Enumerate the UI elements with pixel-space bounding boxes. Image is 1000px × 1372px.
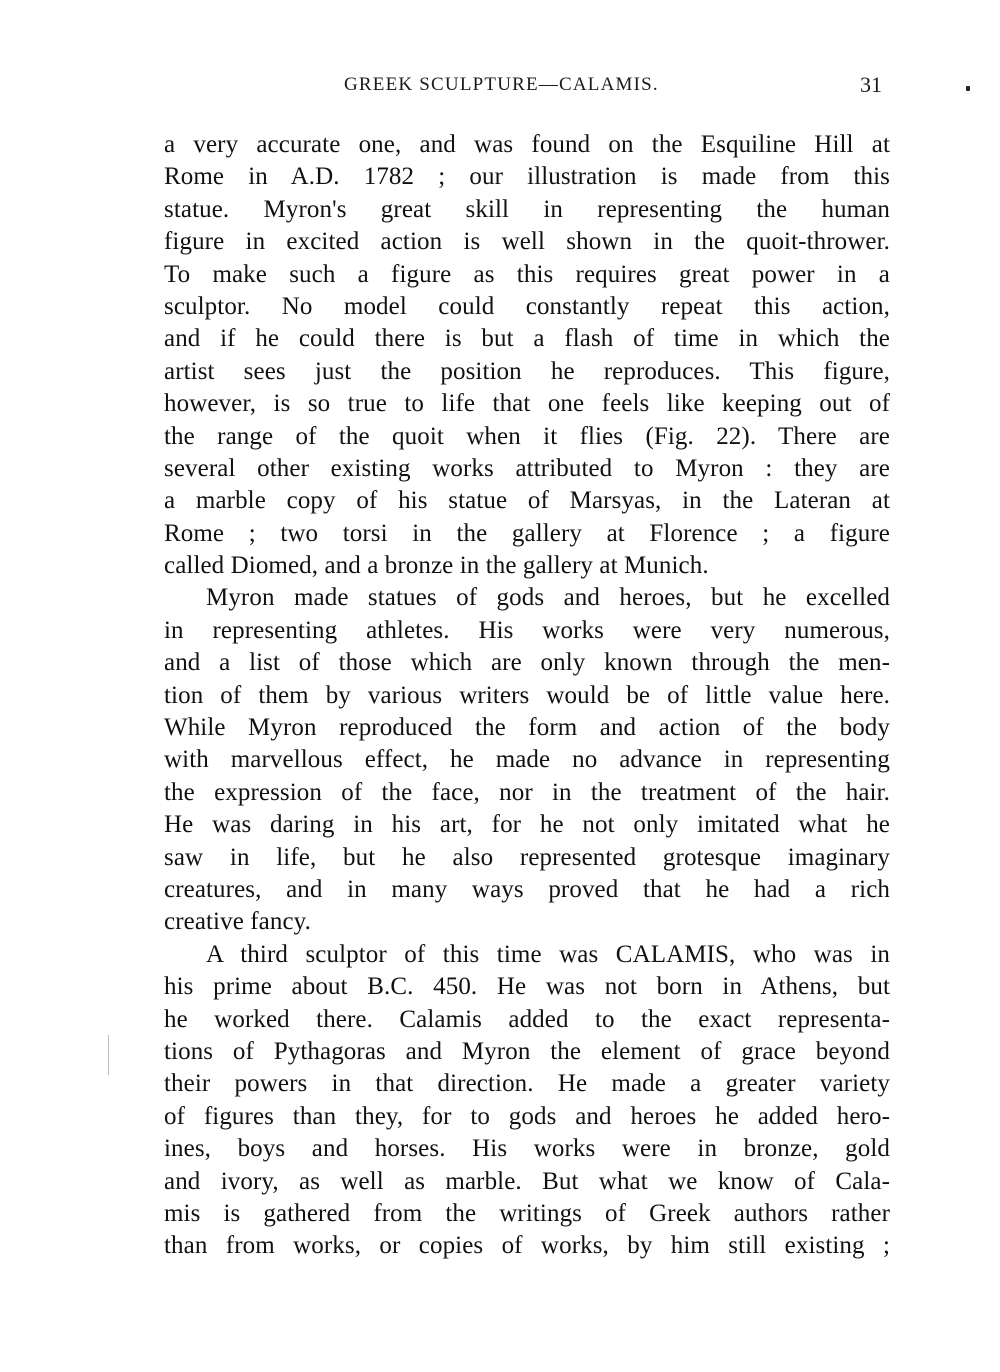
text-line: Rome ; two torsi in the gallery at Flore… bbox=[164, 518, 890, 550]
text-line: saw in life, but he also represented gro… bbox=[164, 842, 890, 874]
text-line: he worked there. Calamis added to the ex… bbox=[164, 1004, 890, 1036]
text-line: and a list of those which are only known… bbox=[164, 647, 890, 679]
text-line: in representing athletes. His works were… bbox=[164, 615, 890, 647]
text-line: a very accurate one, and was found on th… bbox=[164, 129, 890, 161]
body-text: a very accurate one, and was found on th… bbox=[164, 129, 890, 1263]
text-line: artist sees just the position he reprodu… bbox=[164, 356, 890, 388]
text-line: To make such a figure as this requires g… bbox=[164, 259, 890, 291]
text-line: creatures, and in many ways proved that … bbox=[164, 874, 890, 906]
text-line: tions of Pythagoras and Myron the elemen… bbox=[164, 1036, 890, 1068]
running-head: GREEK SCULPTURE—CALAMIS. bbox=[344, 74, 659, 96]
page-number: 31 bbox=[860, 72, 882, 98]
text-line: He was daring in his art, for he not onl… bbox=[164, 809, 890, 841]
text-line: creative fancy. bbox=[164, 906, 890, 938]
text-line: sculptor. No model could constantly repe… bbox=[164, 291, 890, 323]
text-line: the range of the quoit when it flies (Fi… bbox=[164, 421, 890, 453]
text-line: statue. Myron's great skill in represent… bbox=[164, 194, 890, 226]
margin-speck bbox=[966, 86, 970, 91]
text-line: tion of them by various writers would be… bbox=[164, 680, 890, 712]
text-line: however, is so true to life that one fee… bbox=[164, 388, 890, 420]
text-line: and if he could there is but a flash of … bbox=[164, 323, 890, 355]
text-line: and ivory, as well as marble. But what w… bbox=[164, 1166, 890, 1198]
text-line: their powers in that direction. He made … bbox=[164, 1068, 890, 1100]
text-line: Rome in A.D. 1782 ; our illustration is … bbox=[164, 161, 890, 193]
scan-artifact-line bbox=[108, 1035, 109, 1075]
text-line: ines, boys and horses. His works were in… bbox=[164, 1133, 890, 1165]
text-line: the expression of the face, nor in the t… bbox=[164, 777, 890, 809]
text-line: called Diomed, and a bronze in the galle… bbox=[164, 550, 890, 582]
text-line: his prime about B.C. 450. He was not bor… bbox=[164, 971, 890, 1003]
text-line: While Myron reproduced the form and acti… bbox=[164, 712, 890, 744]
text-line: Myron made statues of gods and heroes, b… bbox=[164, 582, 890, 614]
text-line: several other existing works attributed … bbox=[164, 453, 890, 485]
text-line: than from works, or copies of works, by … bbox=[164, 1230, 890, 1262]
paragraph-3: A third sculptor of this time was CALAMI… bbox=[164, 939, 890, 1263]
text-line: with marvellous effect, he made no advan… bbox=[164, 744, 890, 776]
paragraph-2: Myron made statues of gods and heroes, b… bbox=[164, 582, 890, 938]
text-line: A third sculptor of this time was CALAMI… bbox=[164, 939, 890, 971]
book-page: GREEK SCULPTURE—CALAMIS. 31 a very accur… bbox=[0, 0, 1000, 1372]
text-line: mis is gathered from the writings of Gre… bbox=[164, 1198, 890, 1230]
text-line: figure in excited action is well shown i… bbox=[164, 226, 890, 258]
text-line: a marble copy of his statue of Marsyas, … bbox=[164, 485, 890, 517]
paragraph-1: a very accurate one, and was found on th… bbox=[164, 129, 890, 582]
text-line: of figures than they, for to gods and he… bbox=[164, 1101, 890, 1133]
